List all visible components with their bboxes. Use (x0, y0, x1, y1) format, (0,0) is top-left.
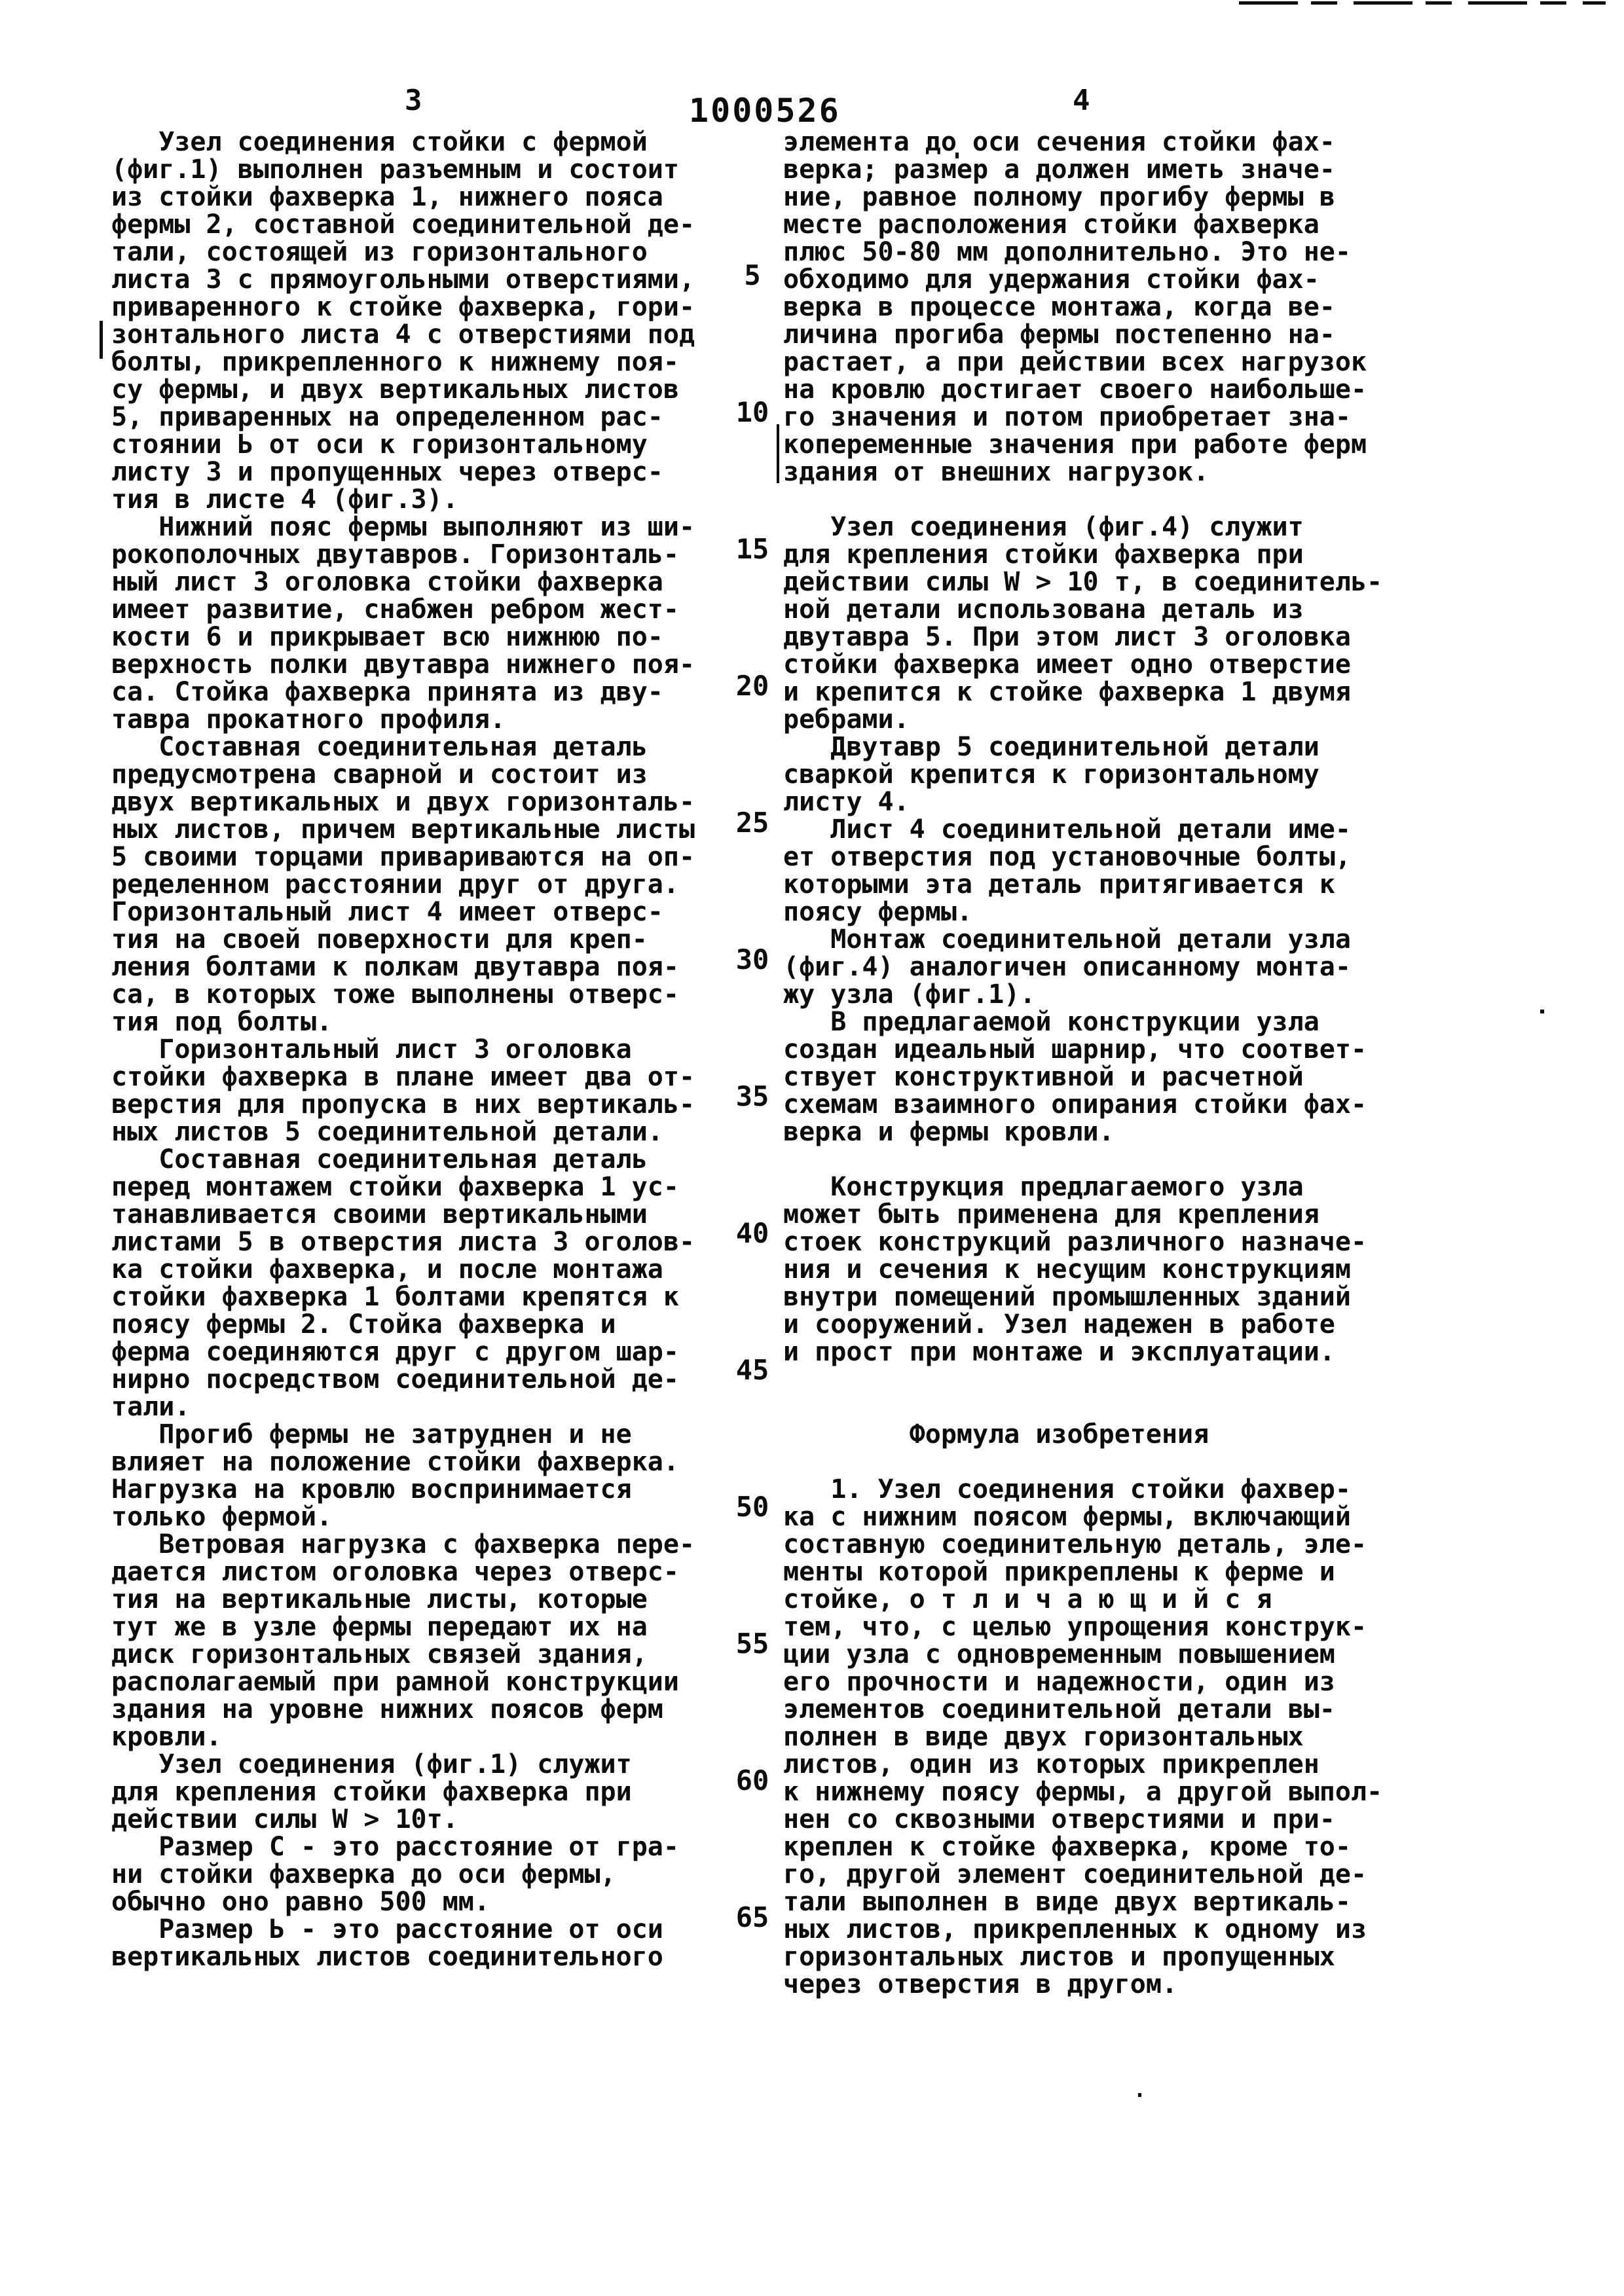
text-line: обходимо для удержания стойки фах- (783, 266, 1445, 293)
text-line: кровли. (111, 1723, 747, 1751)
text-line: ления болтами к полкам двутавра поя- (111, 953, 747, 981)
text-line: его прочности и надежности, один из (783, 1668, 1445, 1696)
scan-artifact-left-margin-tick (100, 321, 103, 359)
text-line: здания на уровне нижних поясов ферм (111, 1696, 747, 1723)
text-line: креплен к стойке фахверка, кроме то- (783, 1833, 1445, 1861)
text-line: ных листов, причем вертикальные листы (111, 816, 747, 843)
text-line: стойки фахверка в плане имеет два от- (111, 1063, 747, 1091)
text-line: верхность полки двутавра нижнего поя- (111, 651, 747, 678)
text-line: менты которой прикреплены к ферме и (783, 1558, 1445, 1586)
text-line: Горизонтальный лист 4 имеет отверс- (111, 898, 747, 926)
text-line: элемента до оси сечения стойки фах- (783, 128, 1445, 156)
gutter-line-number: 65 (724, 1901, 781, 2038)
text-line: Конструкция предлагаемого узла (783, 1173, 1445, 1201)
text-line: тали, состоящей из горизонтального (111, 238, 747, 266)
text-line: Составная соединительная деталь (111, 1146, 747, 1173)
text-line: ферма соединяются друг с другом шар- (111, 1338, 747, 1366)
text-line: плюс 50-80 мм дополнительно. Это не- (783, 238, 1445, 266)
text-line: фермы 2, составной соединительной де- (111, 211, 747, 238)
patent-number: 1000526 (689, 92, 841, 130)
text-line: (фиг.4) аналогичен описанному монта- (783, 953, 1445, 981)
text-line: Нижний пояс фермы выполняют из ши- (111, 513, 747, 541)
text-line: для крепления стойки фахверка при (111, 1778, 747, 1806)
text-line: Узел соединения стойки с фермой (111, 128, 747, 156)
text-line: из стойки фахверка 1, нижнего пояса (111, 183, 747, 211)
text-line: ции узла с одновременным повышением (783, 1641, 1445, 1668)
text-line: Прогиб фермы не затруднен и не (111, 1421, 747, 1448)
text-line: тия в листе 4 (фиг.3). (111, 486, 747, 513)
text-line: тали выполнен в виде двух вертикаль- (783, 1888, 1445, 1916)
text-line: к нижнему поясу фермы, а другой выпол- (783, 1778, 1445, 1806)
text-line: может быть применена для крепления (783, 1201, 1445, 1228)
text-line: Нагрузка на кровлю воспринимается (111, 1476, 747, 1503)
text-line: ет отверстия под установочные болты, (783, 843, 1445, 871)
gutter-line-number: 55 (724, 1628, 781, 1764)
text-line: ных листов, прикрепленных к одному из (783, 1916, 1445, 1943)
gutter-line-number: 50 (724, 1491, 781, 1628)
text-line: верка и фермы кровли. (783, 1118, 1445, 1146)
text-line: листу 4. (783, 788, 1445, 816)
text-line: личина прогиба фермы постепенно на- (783, 321, 1445, 348)
scan-speck (1540, 1010, 1544, 1013)
gutter-line-number: 60 (724, 1764, 781, 1901)
text-line: которыми эта деталь притягивается к (783, 871, 1445, 898)
text-line: создан идеальный шарнир, что соответ- (783, 1036, 1445, 1063)
text-line: Двутавр 5 соединительной детали (783, 733, 1445, 761)
text-line: составную соединительную деталь, эле- (783, 1531, 1445, 1558)
text-line: са, в которых тоже выполнены отверс- (111, 981, 747, 1008)
text-line: элементов соединительной детали вы- (783, 1696, 1445, 1723)
text-line: двух вертикальных и двух горизонталь- (111, 788, 747, 816)
text-line: диск горизонтальных связей здания, (111, 1641, 747, 1668)
text-line: влияет на положение стойки фахверка. (111, 1448, 747, 1476)
text-line: ределенном расстоянии друг от друга. (111, 871, 747, 898)
text-line: верка; размер а должен иметь значе- (783, 156, 1445, 183)
text-line: В предлагаемой конструкции узла (783, 1008, 1445, 1036)
text-line: на кровлю достигает своего наибольше- (783, 376, 1445, 403)
scan-speck (1138, 2093, 1141, 2097)
text-line: схемам взаимного опирания стойки фах- (783, 1091, 1445, 1118)
text-line: копеременные значения при работе ферм (783, 431, 1445, 458)
text-line: су фермы, и двух вертикальных листов (111, 376, 747, 403)
text-line: 1. Узел соединения стойки фахвер- (783, 1476, 1445, 1503)
text-column-left: Узел соединения стойки с фермой(фиг.1) в… (111, 128, 747, 1971)
text-line: верстия для пропуска в них вертикаль- (111, 1091, 747, 1118)
text-line: Узел соединения (фиг.1) служит (111, 1751, 747, 1778)
text-line: Размер С - это расстояние от гра- (111, 1833, 747, 1861)
patent-document-page: 3 1000526 4 Узел соединения стойки с фер… (0, 0, 1624, 2296)
text-line: го значения и потом приобретает зна- (783, 403, 1445, 431)
text-line: стоек конструкций различного назначе- (783, 1228, 1445, 1256)
line-number-gutter: 5101520253035404550556065 (724, 259, 781, 2038)
text-line: двутавра 5. При этом лист 3 оголовка (783, 623, 1445, 651)
text-line: действии силы W > 10 т, в соединитель- (783, 568, 1445, 596)
text-line: перед монтажем стойки фахверка 1 ус- (111, 1173, 747, 1201)
text-line: (фиг.1) выполнен разъемным и состоит (111, 156, 747, 183)
text-line: 5 своими торцами привариваются на оп- (111, 843, 747, 871)
text-line: Составная соединительная деталь (111, 733, 747, 761)
text-line: болты, прикрепленного к нижнему поя- (111, 348, 747, 376)
text-line: тем, что, с целью упрощения конструк- (783, 1613, 1445, 1641)
text-line: поясу фермы 2. Стойка фахверка и (111, 1311, 747, 1338)
text-line: тавра прокатного профиля. (111, 706, 747, 733)
text-line: стойке, о т л и ч а ю щ и й с я (783, 1586, 1445, 1613)
text-line: Узел соединения (фиг.4) служит (783, 513, 1445, 541)
text-line: ствует конструктивной и расчетной (783, 1063, 1445, 1091)
text-line: ния и сечения к несущим конструкциям (783, 1256, 1445, 1283)
text-line: Лист 4 соединительной детали име- (783, 816, 1445, 843)
text-line: стойки фахверка имеет одно отверстие (783, 651, 1445, 678)
text-line: листа 3 с прямоугольными отверстиями, (111, 266, 747, 293)
gutter-line-number: 5 (724, 259, 781, 396)
text-line: и крепится к стойке фахверка 1 двумя (783, 678, 1445, 706)
gutter-line-number: 45 (724, 1354, 781, 1491)
text-line: только фермой. (111, 1503, 747, 1531)
text-line: предусмотрена сварной и состоит из (111, 761, 747, 788)
text-line: тия на вертикальные листы, которые (111, 1586, 747, 1613)
text-line: ние, равное полному прогибу фермы в (783, 183, 1445, 211)
text-line: дается листом оголовка через отверс- (111, 1558, 747, 1586)
text-line: стоянии Ь от оси к горизонтальному (111, 431, 747, 458)
text-line: листами 5 в отверстия листа 3 оголов- (111, 1228, 747, 1256)
text-line: располагаемый при рамной конструкции (111, 1668, 747, 1696)
text-line: го, другой элемент соединительной де- (783, 1861, 1445, 1888)
text-line: тия под болты. (111, 1008, 747, 1036)
gutter-line-number: 20 (724, 670, 781, 807)
text-line: внутри помещений промышленных зданий (783, 1283, 1445, 1311)
text-line: тали. (111, 1393, 747, 1421)
text-line: и прост при монтаже и эксплуатации. (783, 1338, 1445, 1366)
text-line: имеет развитие, снабжен ребром жест- (111, 596, 747, 623)
text-line: жу узла (фиг.1). (783, 981, 1445, 1008)
text-line: Горизонтальный лист 3 оголовка (111, 1036, 747, 1063)
text-line: обычно оно равно 500 мм. (111, 1888, 747, 1916)
text-line: ни стойки фахверка до оси фермы, (111, 1861, 747, 1888)
text-line: действии силы W > 10т. (111, 1806, 747, 1833)
text-line: нен со сквозными отверстиями и при- (783, 1806, 1445, 1833)
text-line: ной детали использована деталь из (783, 596, 1445, 623)
text-line: Формула изобретения (783, 1421, 1445, 1448)
text-line: ребрами. (783, 706, 1445, 733)
gutter-line-number: 30 (724, 943, 781, 1080)
text-line: ка с нижним поясом фермы, включающий (783, 1503, 1445, 1531)
text-line: листов, один из которых прикреплен (783, 1751, 1445, 1778)
gutter-line-number: 25 (724, 807, 781, 943)
text-line: и сооружений. Узел надежен в работе (783, 1311, 1445, 1338)
text-line: полнен в виде двух горизонтальных (783, 1723, 1445, 1751)
text-line: ный лист 3 оголовка стойки фахверка (111, 568, 747, 596)
text-line: нирно посредством соединительной де- (111, 1366, 747, 1393)
text-line: здания от внешних нагрузок. (783, 458, 1445, 486)
text-line: листу 3 и пропущенных через отверс- (111, 458, 747, 486)
text-line: Размер Ь - это расстояние от оси (111, 1916, 747, 1943)
scan-artifact-top-dashed-line (1239, 1, 1606, 5)
text-line: для крепления стойки фахверка при (783, 541, 1445, 568)
text-line: Монтаж соединительной детали узла (783, 926, 1445, 953)
gutter-line-number: 40 (724, 1217, 781, 1354)
text-line: танавливается своими вертикальными (111, 1201, 747, 1228)
text-line: поясу фермы. (783, 898, 1445, 926)
text-line: зонтального листа 4 с отверстиями под (111, 321, 747, 348)
text-line: через отверстия в другом. (783, 1971, 1445, 1998)
text-line: стойки фахверка 1 болтами крепятся к (111, 1283, 747, 1311)
gutter-line-number: 15 (724, 533, 781, 670)
gutter-line-number: 35 (724, 1080, 781, 1217)
text-line: 5, приваренных на определенном рас- (111, 403, 747, 431)
text-line: растает, а при действии всех нагрузок (783, 348, 1445, 376)
text-line: тут же в узле фермы передают их на (111, 1613, 747, 1641)
text-line: Ветровая нагрузка с фахверка пере- (111, 1531, 747, 1558)
text-line (783, 1393, 1445, 1421)
column-number-left: 3 (405, 84, 423, 117)
text-line: горизонтальных листов и пропущенных (783, 1943, 1445, 1971)
text-line (783, 1146, 1445, 1173)
text-line: месте расположения стойки фахверка (783, 211, 1445, 238)
text-line: рокополочных двутавров. Горизонталь- (111, 541, 747, 568)
gutter-line-number: 10 (724, 396, 781, 533)
text-line: верка в процессе монтажа, когда ве- (783, 293, 1445, 321)
text-line: кости 6 и прикрывает всю нижнюю по- (111, 623, 747, 651)
text-line: ных листов 5 соединительной детали. (111, 1118, 747, 1146)
text-line: са. Стойка фахверка принята из дву- (111, 678, 747, 706)
text-line: тия на своей поверхности для креп- (111, 926, 747, 953)
column-number-right: 4 (1073, 84, 1091, 117)
text-line: вертикальных листов соединительного (111, 1943, 747, 1971)
text-line: сваркой крепится к горизонтальному (783, 761, 1445, 788)
text-line: ка стойки фахверка, и после монтажа (111, 1256, 747, 1283)
text-column-right: элемента до оси сечения стойки фах-верка… (783, 128, 1445, 1998)
text-line: приваренного к стойке фахверка, гори- (111, 293, 747, 321)
text-line (783, 486, 1445, 513)
text-line (783, 1366, 1445, 1393)
text-line (783, 1448, 1445, 1476)
